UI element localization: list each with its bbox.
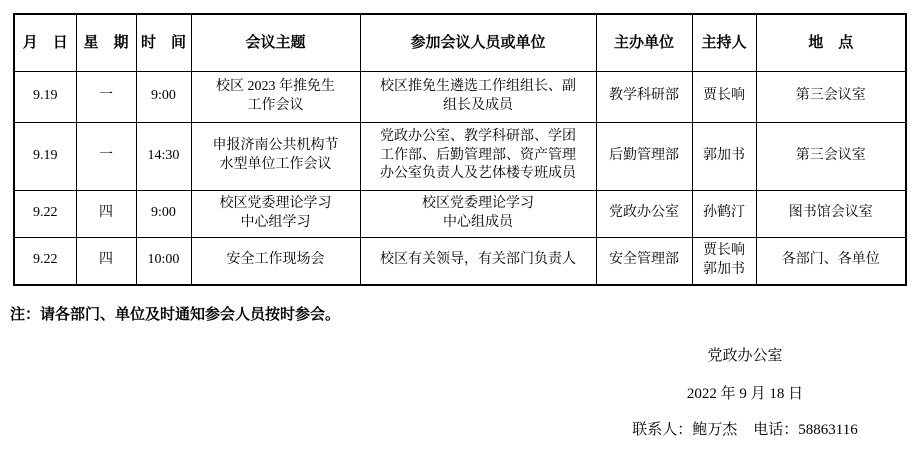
signature-office: 党政办公室 (590, 344, 900, 365)
contact-line: 联系人：鲍万杰电话：58863116 (590, 418, 900, 439)
meeting-schedule-table: 月 日 星 期 时 间 会议主题 参加会议人员或单位 主办单位 主持人 地 点 … (13, 13, 907, 286)
cell-host: 贾长响 (692, 71, 756, 122)
cell-location: 图书馆会议室 (756, 190, 906, 237)
header-weekday: 星 期 (76, 14, 136, 71)
cell-host: 孙鹤汀 (692, 190, 756, 237)
signature-date: 2022 年 9 月 18 日 (590, 382, 900, 403)
header-host: 主持人 (692, 14, 756, 71)
header-time: 时 间 (136, 14, 191, 71)
note-text: 注：请各部门、单位及时通知参会人员按时参会。 (10, 303, 340, 324)
meeting-schedule-sheet: 月 日 星 期 时 间 会议主题 参加会议人员或单位 主办单位 主持人 地 点 … (0, 0, 918, 449)
cell-participants: 党政办公室、教学科研部、学团 工作部、后勤管理部、资产管理 办公室负责人及艺体楼… (360, 122, 596, 190)
cell-date: 9.22 (14, 190, 76, 237)
header-topic: 会议主题 (191, 14, 360, 71)
cell-weekday: 一 (76, 122, 136, 190)
cell-organizer: 安全管理部 (596, 237, 692, 285)
cell-topic: 申报济南公共机构节 水型单位工作会议 (191, 122, 360, 190)
cell-time: 9:00 (136, 71, 191, 122)
cell-date: 9.19 (14, 71, 76, 122)
table-header-row: 月 日 星 期 时 间 会议主题 参加会议人员或单位 主办单位 主持人 地 点 (14, 14, 906, 71)
header-organizer: 主办单位 (596, 14, 692, 71)
header-date: 月 日 (14, 14, 76, 71)
table-row: 9.19 一 14:30 申报济南公共机构节 水型单位工作会议 党政办公室、教学… (14, 122, 906, 190)
cell-topic: 安全工作现场会 (191, 237, 360, 285)
cell-date: 9.22 (14, 237, 76, 285)
cell-time: 14:30 (136, 122, 191, 190)
cell-weekday: 四 (76, 190, 136, 237)
cell-host: 贾长响 郭加书 (692, 237, 756, 285)
header-location: 地 点 (756, 14, 906, 71)
cell-date: 9.19 (14, 122, 76, 190)
cell-time: 10:00 (136, 237, 191, 285)
cell-host: 郭加书 (692, 122, 756, 190)
cell-location: 第三会议室 (756, 122, 906, 190)
cell-organizer: 后勤管理部 (596, 122, 692, 190)
cell-location: 第三会议室 (756, 71, 906, 122)
cell-participants: 校区有关领导，有关部门负责人 (360, 237, 596, 285)
cell-topic: 校区 2023 年推免生 工作会议 (191, 71, 360, 122)
table-row: 9.22 四 9:00 校区党委理论学习 中心组学习 校区党委理论学习 中心组成… (14, 190, 906, 237)
cell-weekday: 一 (76, 71, 136, 122)
cell-participants: 校区党委理论学习 中心组成员 (360, 190, 596, 237)
table-row: 9.19 一 9:00 校区 2023 年推免生 工作会议 校区推免生遴选工作组… (14, 71, 906, 122)
cell-participants: 校区推免生遴选工作组组长、副 组长及成员 (360, 71, 596, 122)
cell-time: 9:00 (136, 190, 191, 237)
contact-phone: 电话：58863116 (753, 422, 857, 438)
cell-topic: 校区党委理论学习 中心组学习 (191, 190, 360, 237)
contact-person: 联系人：鲍万杰 (632, 422, 737, 438)
cell-organizer: 教学科研部 (596, 71, 692, 122)
cell-weekday: 四 (76, 237, 136, 285)
table-row: 9.22 四 10:00 安全工作现场会 校区有关领导，有关部门负责人 安全管理… (14, 237, 906, 285)
header-participants: 参加会议人员或单位 (360, 14, 596, 71)
cell-location: 各部门、各单位 (756, 237, 906, 285)
cell-organizer: 党政办公室 (596, 190, 692, 237)
